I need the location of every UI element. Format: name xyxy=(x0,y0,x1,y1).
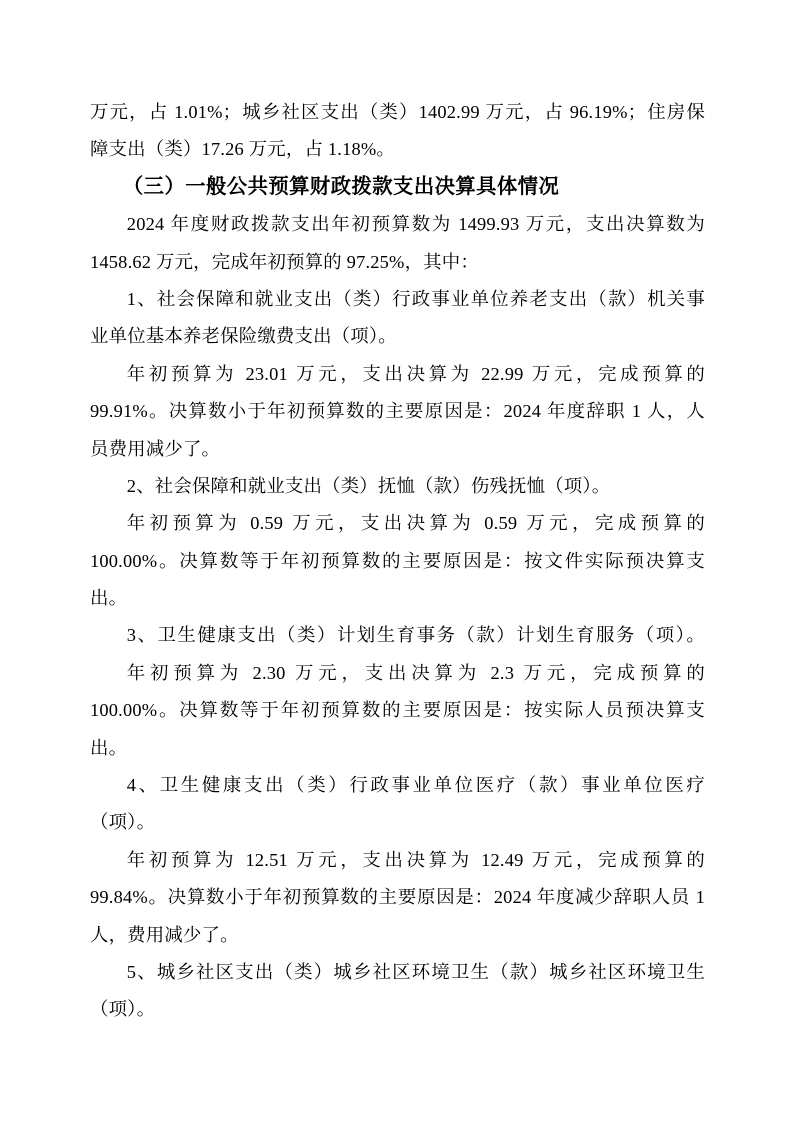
heading-section-3: （三）一般公共预算财政拨款支出决算具体情况 xyxy=(90,169,705,206)
para-item-1-title: 1、社会保障和就业支出（类）行政事业单位养老支出（款）机关事业单位基本养老保险缴… xyxy=(90,281,705,356)
para-item-3-detail: 年初预算为 2.30 万元，支出决算为 2.3 万元，完成预算的100.00%。… xyxy=(90,655,705,767)
para-item-2-title: 2、社会保障和就业支出（类）抚恤（款）伤残抚恤（项）。 xyxy=(90,468,705,505)
text-line: 万元，占 1.01%；城乡社区支出（类）1402.99 万元，占 96.19%；… xyxy=(90,94,705,131)
page-content: 万元，占 1.01%；城乡社区支出（类）1402.99 万元，占 96.19%；… xyxy=(0,0,793,1029)
text-line: 1458.62 万元，完成年初预算的 97.25%，其中： xyxy=(90,244,705,281)
text-line: 4、卫生健康支出（类）行政事业单位医疗（款）事业单位医疗 xyxy=(90,767,705,804)
para-item-4-detail: 年初预算为 12.51 万元，支出决算为 12.49 万元，完成预算的99.84… xyxy=(90,842,705,954)
text-line: 99.84%。决算数小于年初预算数的主要原因是：2024 年度减少辞职人员 1 xyxy=(90,879,705,916)
text-line: 人，费用减少了。 xyxy=(90,917,705,954)
text-line: 年初预算为 12.51 万元，支出决算为 12.49 万元，完成预算的 xyxy=(90,842,705,879)
para-item-2-detail: 年初预算为 0.59 万元，支出决算为 0.59 万元，完成预算的100.00%… xyxy=(90,505,705,617)
text-line: 99.91%。决算数小于年初预算数的主要原因是：2024 年度辞职 1 人，人 xyxy=(90,393,705,430)
text-line: 100.00%。决算数等于年初预算数的主要原因是：按文件实际预决算支 xyxy=(90,543,705,580)
text-line: 5、城乡社区支出（类）城乡社区环境卫生（款）城乡社区环境卫生 xyxy=(90,954,705,991)
para-item-1-detail: 年初预算为 23.01 万元，支出决算为 22.99 万元，完成预算的99.91… xyxy=(90,356,705,468)
text-line: （项）。 xyxy=(90,804,705,841)
document-page: 万元，占 1.01%；城乡社区支出（类）1402.99 万元，占 96.19%；… xyxy=(0,0,793,1122)
para-expenditure-structure-continuation: 万元，占 1.01%；城乡社区支出（类）1402.99 万元，占 96.19%；… xyxy=(90,94,705,169)
text-line: （项）。 xyxy=(90,991,705,1028)
text-line: 年初预算为 2.30 万元，支出决算为 2.3 万元，完成预算的 xyxy=(90,655,705,692)
text-line: 业单位基本养老保险缴费支出（项）。 xyxy=(90,318,705,355)
text-line: 2024 年度财政拨款支出年初预算数为 1499.93 万元，支出决算数为 xyxy=(90,206,705,243)
text-line: 3、卫生健康支出（类）计划生育事务（款）计划生育服务（项）。 xyxy=(90,617,705,654)
text-line: 年初预算为 0.59 万元，支出决算为 0.59 万元，完成预算的 xyxy=(90,505,705,542)
para-item-4-title: 4、卫生健康支出（类）行政事业单位医疗（款）事业单位医疗（项）。 xyxy=(90,767,705,842)
text-line: 出。 xyxy=(90,580,705,617)
text-line: 100.00%。决算数等于年初预算数的主要原因是：按实际人员预决算支 xyxy=(90,692,705,729)
text-line: 年初预算为 23.01 万元，支出决算为 22.99 万元，完成预算的 xyxy=(90,356,705,393)
text-line: 1、社会保障和就业支出（类）行政事业单位养老支出（款）机关事 xyxy=(90,281,705,318)
para-item-3-title: 3、卫生健康支出（类）计划生育事务（款）计划生育服务（项）。 xyxy=(90,617,705,654)
section-heading-text: （三）一般公共预算财政拨款支出决算具体情况 xyxy=(90,169,705,206)
text-line: 障支出（类）17.26 万元，占 1.18%。 xyxy=(90,131,705,168)
para-item-5-title: 5、城乡社区支出（类）城乡社区环境卫生（款）城乡社区环境卫生（项）。 xyxy=(90,954,705,1029)
para-overall-budget: 2024 年度财政拨款支出年初预算数为 1499.93 万元，支出决算数为145… xyxy=(90,206,705,281)
text-line: 员费用减少了。 xyxy=(90,431,705,468)
text-line: 2、社会保障和就业支出（类）抚恤（款）伤残抚恤（项）。 xyxy=(90,468,705,505)
text-line: 出。 xyxy=(90,730,705,767)
